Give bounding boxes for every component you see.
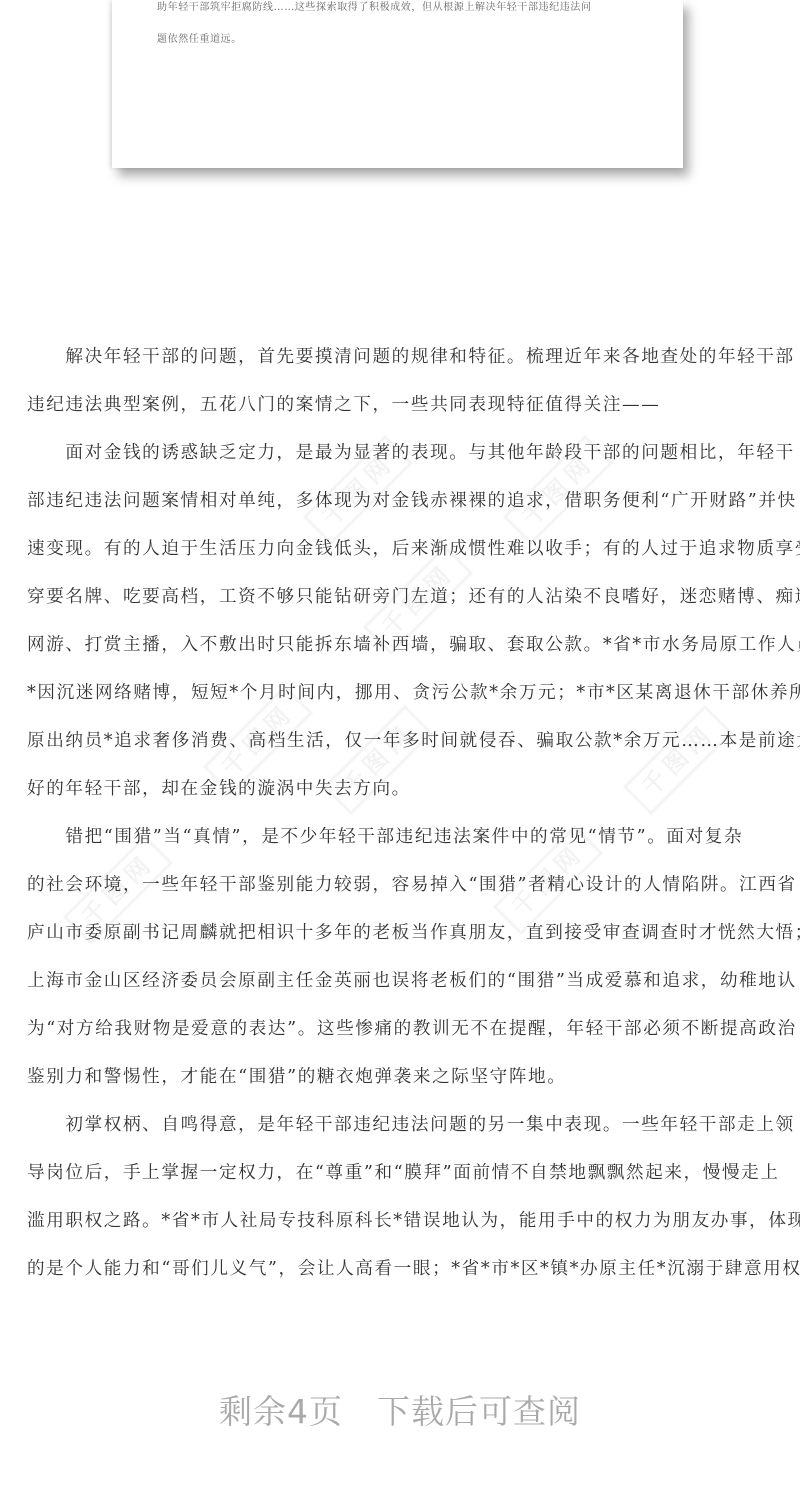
remaining-pages-notice[interactable]: 剩余4页下载后可查阅 bbox=[0, 1386, 800, 1433]
text-line: 部违纪违法问题案情相对单纯，多体现为对金钱赤裸裸的追求，借职务便利“广开财路”并… bbox=[27, 477, 775, 525]
page-preview-card: 助年轻干部筑牢拒腐防线……这些探索取得了积极成效，但从根源上解决年轻干部违纪违法… bbox=[112, 0, 683, 168]
preview-line: 题依然任重道远。 bbox=[157, 24, 657, 56]
text-line: 上海市金山区经济委员会原副主任金英丽也误将老板们的“围猎”当成爱慕和追求，幼稚地… bbox=[27, 957, 775, 1005]
text-line: 网游、打赏主播，入不敷出时只能拆东墙补西墙，骗取、套取公款。*省*市水务局原工作… bbox=[27, 621, 775, 669]
paragraph-2: 面对金钱的诱惑缺乏定力，是最为显著的表现。与其他年龄段干部的问题相比，年轻干 部… bbox=[27, 429, 775, 813]
article-body: 解决年轻干部的问题，首先要摸清问题的规律和特征。梳理近年来各地查处的年轻干部 违… bbox=[27, 333, 775, 1293]
text-line: 速变现。有的人迫于生活压力向金钱低头，后来渐成惯性难以收手；有的人过于追求物质享… bbox=[27, 525, 775, 573]
text-line: 的是个人能力和“哥们儿义气”，会让人高看一眼；*省*市*区*镇*办原主任*沉溺于… bbox=[27, 1245, 775, 1293]
text-line: 面对金钱的诱惑缺乏定力，是最为显著的表现。与其他年龄段干部的问题相比，年轻干 bbox=[27, 429, 775, 477]
text-line: 鉴别力和警惕性，才能在“围猎”的糖衣炮弹袭来之际坚守阵地。 bbox=[27, 1053, 775, 1101]
paragraph-3: 错把“围猎”当“真情”，是不少年轻干部违纪违法案件中的常见“情节”。面对复杂 的… bbox=[27, 813, 775, 1101]
text-line: 好的年轻干部，却在金钱的漩涡中失去方向。 bbox=[27, 765, 775, 813]
text-line: 导岗位后，手上掌握一定权力，在“尊重”和“膜拜”面前情不自禁地飘飘然起来，慢慢走… bbox=[27, 1149, 775, 1197]
text-line: 违纪违法典型案例，五花八门的案情之下，一些共同表现特征值得关注—— bbox=[27, 381, 775, 429]
pages-left-label: 剩余4页 bbox=[219, 1392, 343, 1431]
text-line: *因沉迷网络赌博，短短*个月时间内，挪用、贪污公款*余万元；*市*区某离退休干部… bbox=[27, 669, 775, 717]
paragraph-4: 初掌权柄、自鸣得意，是年轻干部违纪违法问题的另一集中表现。一些年轻干部走上领 导… bbox=[27, 1101, 775, 1293]
text-line: 穿要名牌、吃要高档，工资不够只能钻研旁门左道；还有的人沾染不良嗜好，迷恋赌博、痴… bbox=[27, 573, 775, 621]
text-line: 滥用职权之路。*省*市人社局专技科原科长*错误地认为，能用手中的权力为朋友办事，… bbox=[27, 1197, 775, 1245]
page-preview-text: 助年轻干部筑牢拒腐防线……这些探索取得了积极成效，但从根源上解决年轻干部违纪违法… bbox=[157, 0, 657, 56]
text-line: 解决年轻干部的问题，首先要摸清问题的规律和特征。梳理近年来各地查处的年轻干部 bbox=[27, 333, 775, 381]
paragraph-1: 解决年轻干部的问题，首先要摸清问题的规律和特征。梳理近年来各地查处的年轻干部 违… bbox=[27, 333, 775, 429]
text-line: 庐山市委原副书记周麟就把相识十多年的老板当作真朋友，直到接受审查调查时才恍然大悟… bbox=[27, 909, 775, 957]
text-line: 为“对方给我财物是爱意的表达”。这些惨痛的教训无不在提醒，年轻干部必须不断提高政… bbox=[27, 1005, 775, 1053]
text-line: 的社会环境，一些年轻干部鉴别能力较弱，容易掉入“围猎”者精心设计的人情陷阱。江西… bbox=[27, 861, 775, 909]
download-to-view-label[interactable]: 下载后可查阅 bbox=[377, 1392, 581, 1431]
text-line: 原出纳员*追求奢侈消费、高档生活，仅一年多时间就侵吞、骗取公款*余万元……本是前… bbox=[27, 717, 775, 765]
text-line: 初掌权柄、自鸣得意，是年轻干部违纪违法问题的另一集中表现。一些年轻干部走上领 bbox=[27, 1101, 775, 1149]
text-line: 错把“围猎”当“真情”，是不少年轻干部违纪违法案件中的常见“情节”。面对复杂 bbox=[27, 813, 775, 861]
preview-line: 助年轻干部筑牢拒腐防线……这些探索取得了积极成效，但从根源上解决年轻干部违纪违法… bbox=[157, 0, 657, 24]
